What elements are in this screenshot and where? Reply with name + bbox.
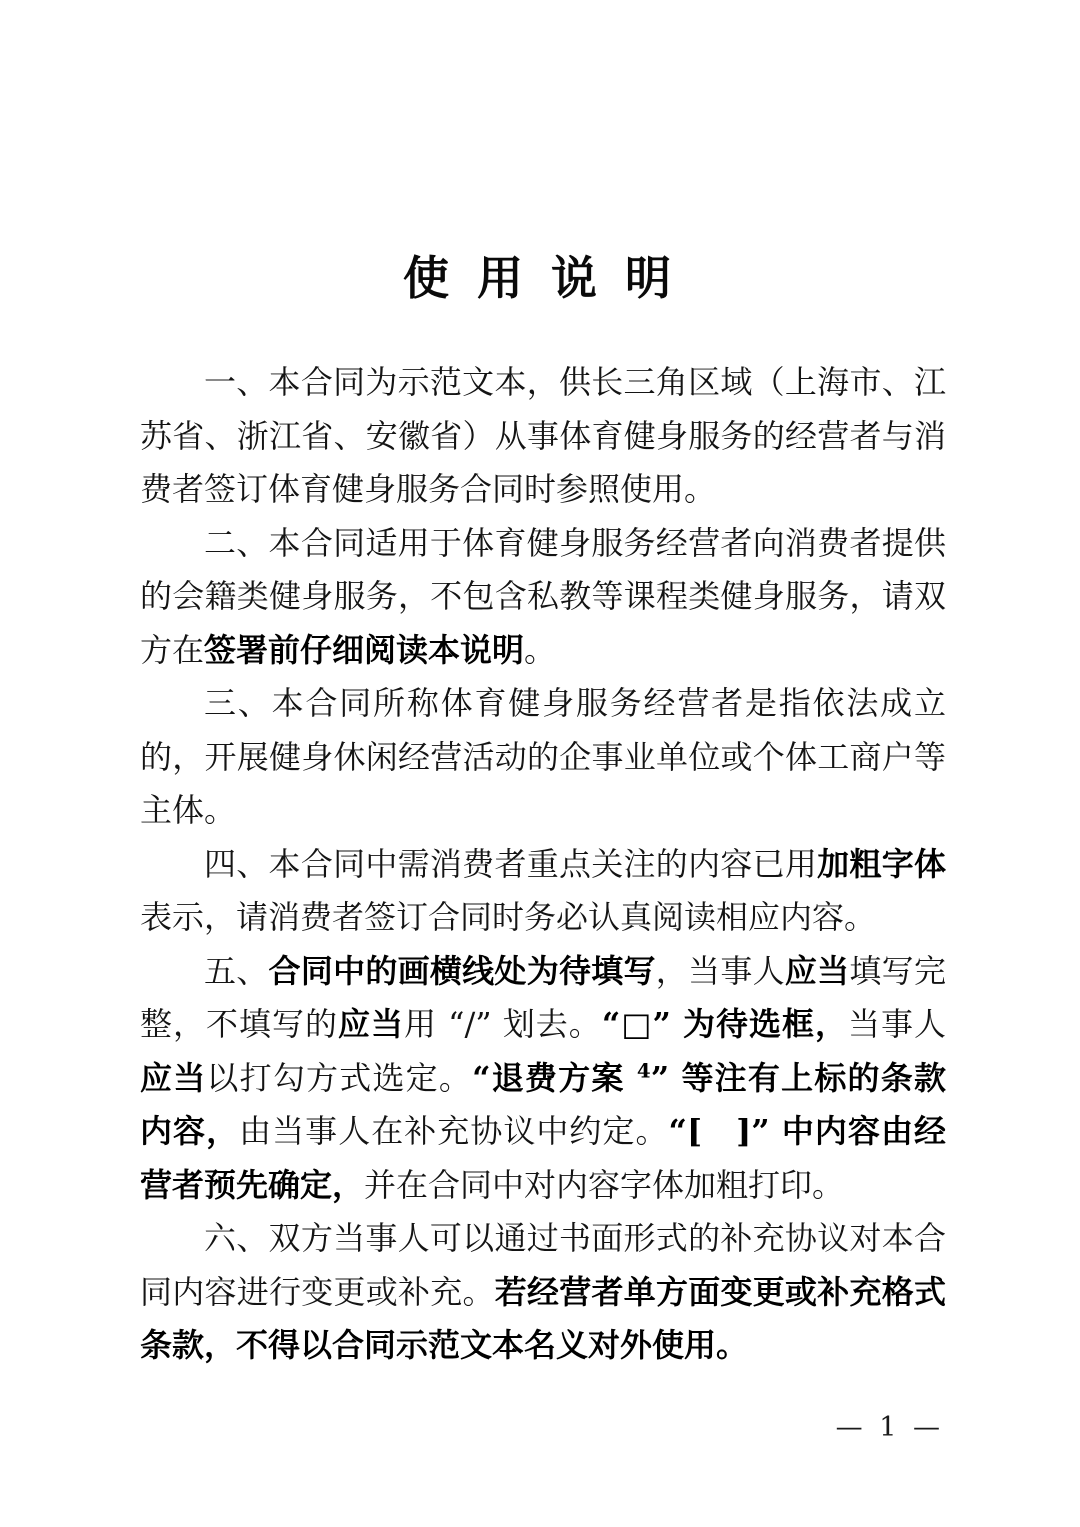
bold-text-run: 合同中的画横线处为待填写 — [269, 952, 656, 990]
text-run: 五、 — [204, 952, 269, 990]
text-run: 三、本合同所称体育健身服务经营者是指依法成立的，开展健身休闲经营活动的企事业单位… — [140, 684, 946, 829]
bold-text-run: 应当 — [338, 1005, 404, 1043]
bold-text-run: 加粗字体 — [817, 845, 946, 883]
bold-text-run: 签署前仔细阅读本说明 — [204, 631, 524, 669]
text-run: ，当事人 — [656, 952, 785, 990]
bold-text-run: “退费方案 — [472, 1059, 637, 1097]
document-body: 一、本合同为示范文本，供长三角区域（上海市、江苏省、浙江省、安徽省）从事体育健身… — [140, 356, 946, 1373]
page-title: 使 用 说 明 — [0, 242, 1080, 308]
bold-text-run: 应当 — [140, 1059, 206, 1097]
text-run: 四、本合同中需消费者重点关注的内容已用 — [204, 845, 817, 883]
text-run: 当事人 — [848, 1005, 946, 1043]
bold-text-run: 4 — [637, 1058, 651, 1082]
document-page: 使 用 说 明 一、本合同为示范文本，供长三角区域（上海市、江苏省、浙江省、安徽… — [0, 0, 1080, 1527]
paragraph: 一、本合同为示范文本，供长三角区域（上海市、江苏省、浙江省、安徽省）从事体育健身… — [140, 356, 946, 517]
text-run: 表示，请消费者签订合同时务必认真阅读相应内容。 — [140, 898, 876, 936]
text-run: 并在合同中对内容字体加粗打印。 — [364, 1166, 844, 1204]
page-number: — 1 — — [836, 1412, 944, 1443]
paragraph: 五、合同中的画横线处为待填写，当事人应当填写完整，不填写的应当用 “/” 划去。… — [140, 945, 946, 1213]
text-run: 一、本合同为示范文本，供长三角区域（上海市、江苏省、浙江省、安徽省）从事体育健身… — [140, 363, 946, 508]
paragraph: 六、双方当事人可以通过书面形式的补充协议对本合同内容进行变更或补充。若经营者单方… — [140, 1212, 946, 1373]
text-run: 用 “/” 划去。 — [404, 1005, 602, 1043]
paragraph: 三、本合同所称体育健身服务经营者是指依法成立的，开展健身休闲经营活动的企事业单位… — [140, 677, 946, 838]
paragraph: 二、本合同适用于体育健身服务经营者向消费者提供的会籍类健身服务，不包含私教等课程… — [140, 517, 946, 678]
paragraph: 四、本合同中需消费者重点关注的内容已用加粗字体表示，请消费者签订合同时务必认真阅… — [140, 838, 946, 945]
text-run: 由当事人在补充协议中约定。 — [239, 1112, 668, 1150]
text-run: 。 — [524, 631, 556, 669]
bold-text-run: “□” 为待选框， — [602, 1005, 848, 1043]
text-run: 以打勾方式选定。 — [206, 1059, 472, 1097]
bold-text-run: 应当 — [785, 952, 850, 990]
